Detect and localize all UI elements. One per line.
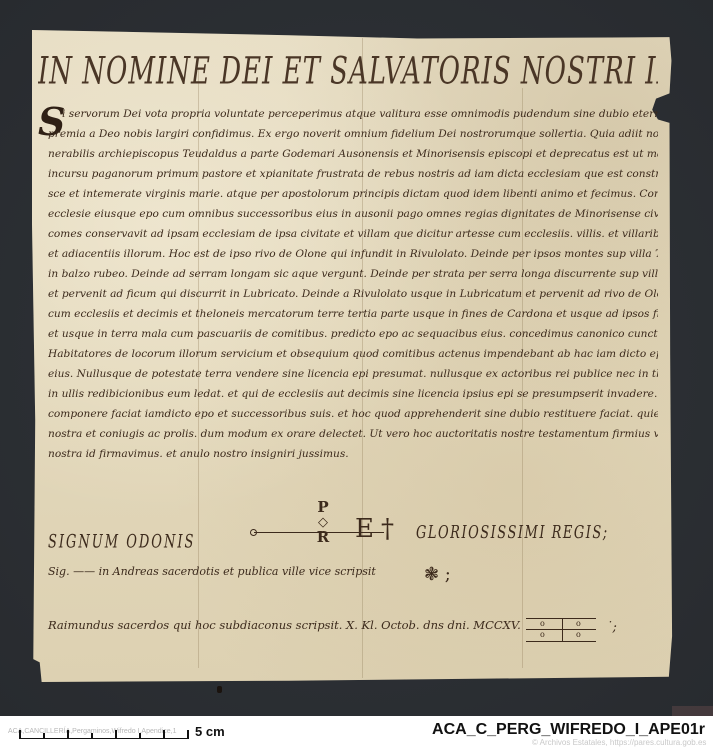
royal-monogram: P ◇ R	[316, 500, 330, 545]
text-line: ecclesie eiusque epo cum omnibus success…	[48, 204, 658, 224]
text-line: eius. Nullusque de potestate terra vende…	[48, 364, 658, 384]
text-line: in ullis redibicionibus eum ledat. et qu…	[48, 384, 658, 404]
signum-odonis: SIGNUM ODONIS	[48, 532, 195, 553]
andreas-subscription: Sig. —— in Andreas sacerdotis et publica…	[48, 565, 376, 578]
raimundus-subscription: Raimundus sacerdos qui hoc subdiaconus s…	[48, 618, 521, 632]
ruler-tick	[139, 733, 141, 739]
document-identifier: ACA_C_PERG_WIFREDO_I_APE01r	[432, 721, 705, 739]
closing-mark: ˙;	[606, 620, 617, 635]
text-line: incursu paganorum primum pastore et xpia…	[48, 164, 658, 184]
ruler-tick	[163, 730, 165, 739]
text-line: comes conservavit ad ipsam ecclesiam de …	[48, 224, 658, 244]
scale-label: 5 cm	[195, 724, 225, 739]
ruler-tick	[43, 733, 45, 739]
text-line: nerabilis archiepiscopus Teudaldus a par…	[48, 144, 658, 164]
charter-body: i servorum Dei vota propria voluntate pe…	[48, 104, 658, 464]
scale-ruler	[19, 726, 189, 739]
grid-mark: o	[576, 620, 581, 628]
text-line: nostra et coniugis ac prolis. dum modum …	[48, 424, 658, 444]
text-line: nostra id firmavimus. et anulo nostro in…	[48, 444, 658, 464]
invocation-rubric: IN NOMINE DEI ET SALVATORIS NOSTRI IHU X…	[38, 50, 658, 94]
text-line: premia a Deo nobis largiri confidimus. E…	[48, 124, 658, 144]
ruler-tick	[91, 733, 93, 739]
text-line: sce et intemerate virginis marie. atque …	[48, 184, 658, 204]
text-line: in balzo rubeo. Deinde ad serram longam …	[48, 264, 658, 284]
cross-icon: †	[381, 516, 394, 542]
text-line: cum ecclesiis et decimis et theloneis me…	[48, 304, 658, 324]
ink-blot	[217, 686, 222, 693]
grid-mark: o	[540, 620, 545, 628]
ruler-tick	[115, 730, 117, 739]
ruler-tick	[187, 730, 189, 739]
text-line: et adiacentiis illorum. Hoc est de ipso …	[48, 244, 658, 264]
grid-mark: o	[576, 631, 581, 639]
ruler-tick	[19, 730, 21, 739]
ruler-tick	[67, 730, 69, 739]
text-line: componere faciat iamdicto epo et success…	[48, 404, 658, 424]
text-line: i servorum Dei vota propria voluntate pe…	[48, 104, 658, 124]
text-line: et pervenit ad ficum qui discurrit in Lu…	[48, 284, 658, 304]
monogram-letter: P	[316, 500, 330, 515]
monogram-letter: R	[316, 530, 330, 545]
scribal-sign-grid: o o o o	[526, 618, 596, 642]
grid-mark: o	[540, 631, 545, 639]
copyright-notice: © Archivos Estatales, https://pares.cult…	[532, 738, 706, 747]
gloriosissimi-regis: GLORIOSISSIMI REGIS;	[416, 523, 609, 543]
text-line: Habitatores de locorum illorum servicium…	[48, 344, 658, 364]
notarial-sign-icon: ❃ ;	[424, 566, 451, 584]
text-line: et usque in terra mala cum pascuariis de…	[48, 324, 658, 344]
monogram-letter-e: E	[355, 516, 374, 542]
